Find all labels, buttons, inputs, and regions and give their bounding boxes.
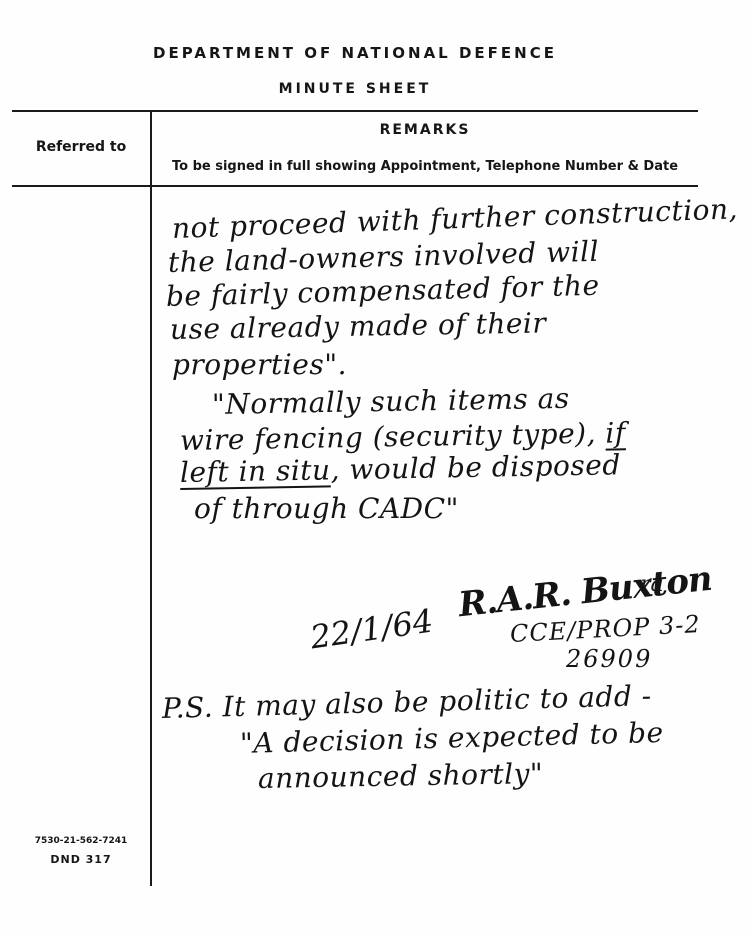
handwritten-line: "A decision is expected to be: [240, 716, 664, 760]
header-bottom-rule: [12, 185, 698, 187]
column-divider: [150, 111, 152, 886]
header-top-rule: [12, 110, 698, 112]
form-number: DND 317: [12, 853, 150, 866]
stock-number: 7530-21-562-7241: [12, 836, 150, 846]
underlined-text: left in situ: [180, 453, 331, 489]
handwritten-line: left in situ, would be disposed: [180, 448, 621, 489]
handwritten-line: use already made of their: [170, 306, 547, 346]
form-title: MINUTE SHEET: [0, 81, 710, 97]
referred-to-label: Referred to: [12, 139, 150, 155]
signing-instructions: To be signed in full showing Appointment…: [152, 159, 698, 174]
remarks-label: REMARKS: [152, 122, 698, 138]
handwritten-line: not proceed with further construction,: [171, 192, 738, 245]
department-title: DEPARTMENT OF NATIONAL DEFENCE: [0, 44, 710, 62]
signature-suffix: ra: [640, 572, 664, 597]
handwritten-line: announced shortly": [258, 757, 544, 795]
signature-date: 22/1/64: [308, 602, 435, 657]
handwritten-line: properties".: [172, 348, 347, 381]
handwritten-line: "Normally such items as: [212, 382, 570, 421]
handwritten-line: of through CADC": [194, 492, 459, 525]
signature-telephone: 26909: [566, 645, 652, 673]
underlined-text: if: [605, 416, 626, 449]
handwritten-text: , would be disposed: [330, 448, 621, 486]
